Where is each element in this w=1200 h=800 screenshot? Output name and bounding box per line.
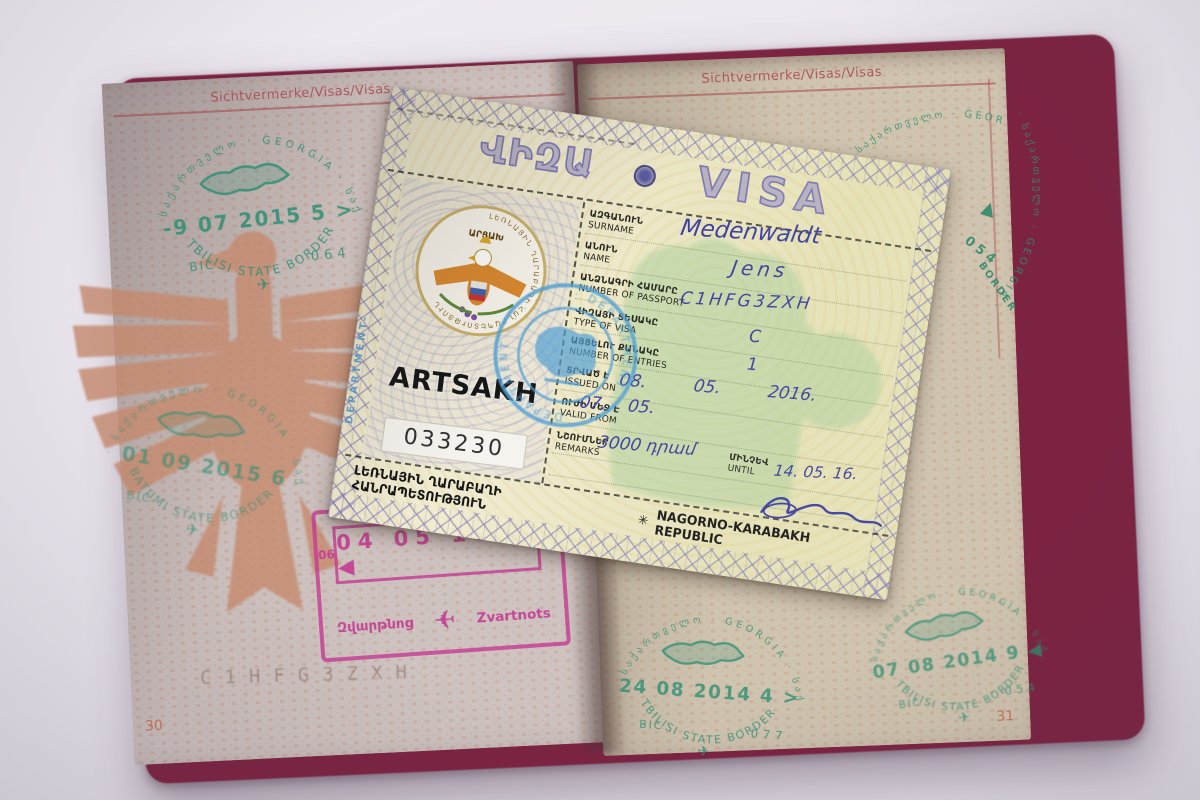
visa-sticker: ՎԻԶԱ VISA ԼԵՌՆԱՅԻՆ ՂԱՐԱԲԱՂԻ ՀԱՆՐԱՊԵՏՈՒԹՅ…	[328, 87, 951, 601]
airplane-icon: ✈	[433, 605, 457, 636]
visa-serial-number: 033230	[381, 417, 528, 470]
photo-scene: Sichtvermerke/Visas/Visas 30 Sichtvermer…	[0, 0, 1200, 800]
stamp-tbilisi-2014-entry: · საქართველო · GEORGIA · საქართველო · GE…	[593, 568, 828, 800]
georgia-map-icon	[157, 406, 246, 444]
field-label-name: ԱՆՈՒՆ NAME	[582, 241, 618, 268]
flower-icon: ✳	[637, 513, 650, 529]
georgia-map-icon	[905, 610, 984, 643]
mfa-round-stamp: · DEPARTMENT · · · · DEPARTMENT · · · ·	[480, 270, 651, 441]
georgia-map-icon	[662, 639, 744, 668]
page-number-left: 30	[145, 718, 164, 735]
nkr-map-icon	[531, 323, 600, 382]
value-entries: 1	[746, 355, 758, 376]
stamp-batumi-2015: · საქართველო · GEORGIA · საქართველო · GE…	[71, 325, 340, 594]
value-until: 14. 05. 16.	[773, 462, 859, 484]
stamp-side-code-left: 06	[318, 547, 336, 562]
airport-name-armenian: Զվարթնոց	[337, 615, 414, 636]
stamp-tbilisi-2015: · საქართველო · GEORGIA · საქართველო · GE…	[126, 80, 390, 344]
georgia-map-icon	[199, 162, 289, 196]
airport-name-latin: Zvartnots	[476, 605, 551, 626]
value-name: Jens	[729, 255, 790, 282]
page-header-right: Sichtvermerke/Visas/Visas	[701, 65, 882, 87]
visa-title-emblem-icon	[632, 163, 657, 188]
stamp-fragment-right-edge: · საქართველო · GEORGIA · საქართველო · GE…	[940, 110, 1018, 370]
value-visa-type: C	[749, 327, 762, 348]
